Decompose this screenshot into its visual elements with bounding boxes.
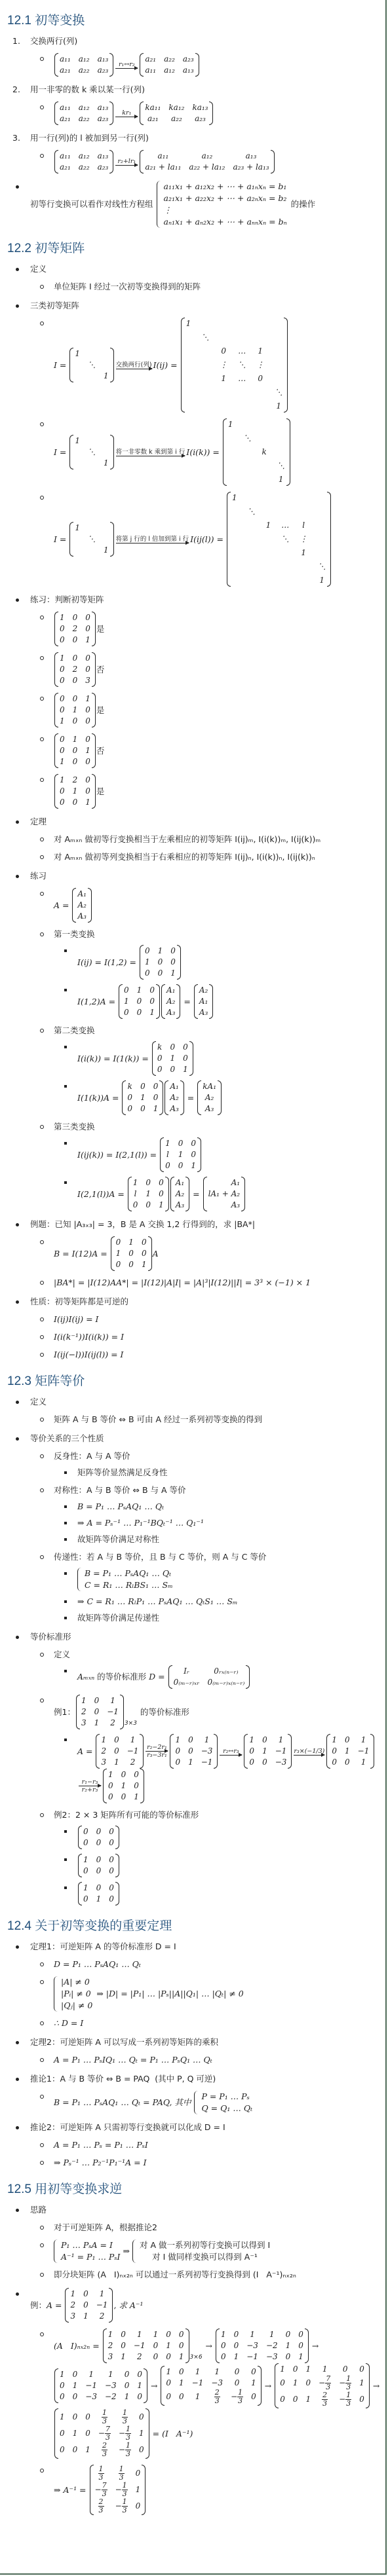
item-row: 反身性：A 与 A 等价 [54,1450,385,1462]
item-text: 等价标准形 [30,1631,71,1643]
matrix-cell: 2 [73,775,78,786]
matrix-grid: 000000 [82,1826,115,1849]
item-row: 矩阵等价显然满足反身性 [77,1467,385,1479]
matrix-cell: 1 [121,1780,126,1792]
transform-arrow: 交换两行(列) [116,361,152,369]
math-text: = [185,1092,197,1104]
bullet-icon [16,2078,19,2081]
fraction: 13 [125,2425,131,2442]
right-paren-icon [148,1236,152,1271]
matrix-cell: 0 [73,2391,78,2402]
math-text: 否 [96,664,105,676]
square-bullet-icon [64,1670,67,1672]
cases-block: B = P₁ … PₛAQ₁ … QₜC = R₁ … RₗBS₁ … Sₘ [77,1568,173,1591]
matrix-cell: a₂₃ + la₁₃ [233,162,269,173]
matrix-cell: a₂₂ [79,65,90,76]
item-row: 例题：已知 |A₃ₓ₃| = 3，B 是 A 交换 1,2 行得到的，求 |BA… [30,1219,385,1230]
matrix-cell: 1 [83,1883,88,1894]
matrix: 1⋱1 [69,522,113,557]
matrix-cell: 0 [170,957,176,968]
matrix-cell: −13 [339,2391,351,2408]
transform-arrow: r₂+lr₁ [115,158,138,166]
math-text: I = [54,359,69,371]
matrix-grid: a₁₁a₁₂a₁₃a₂₁ + la₁₁a₂₂ + la₁₂a₂₃ + la₁₃ [144,150,270,174]
matrix-cell: 3 [108,2351,113,2363]
matrix: a₂₁a₂₂a₂₃a₁₁a₁₂a₁₃ [140,53,199,77]
matrix-cell: a₁₂ [164,65,175,76]
item-text: D = P₁ … PₛAQ₁ … Qₜ [54,1959,141,1970]
case-line: a₁₁x₁ + a₁₂x₂ + ⋯ + a₁ₙxₙ = b₁ [164,181,287,193]
matrix-cell: −3 [246,2340,258,2351]
arrow-line-icon [116,543,189,543]
matrix-cell: 0 [280,2394,285,2405]
matrix-cell: 0 [235,2366,240,2378]
math-text: I(1(k))A = [77,1092,121,1104]
matrix-cell: 1 [170,968,176,979]
list-item: I(1(k))A = k00010001A₁A₂A₃ = kA₁A₂A₃ [54,1080,385,1115]
matrix: 100010 [78,1882,119,1905]
section-list: 定义单位矩阵 I 经过一次初等变换得到的矩阵三类初等矩阵I = 1⋱1交换两行(… [0,263,385,1361]
matrix-cell: 0 [83,2289,88,2300]
math-expression: 例：A = 10120−1312, 求 A⁻¹ [30,2288,385,2323]
math-expression: A = 10120−1312r₂−2r₁r₃−3r₁10100−301−1r₂↔… [77,1734,385,1803]
matrix-cell: 1 [139,2428,144,2439]
matrix-cell: −1 [275,1746,287,1757]
item-row: 性质：初等矩阵都是可逆的 [30,1296,385,1308]
math-text: I(i(k)) = I(1(k)) = [77,1053,151,1065]
matrix: k00010001 [122,1080,163,1115]
section-heading: 12.5 用初等变换求逆 [7,2179,385,2197]
math-text: ⇒ A⁻¹ = [54,2484,89,2496]
matrix-cell: ⋱ [88,359,96,371]
matrix-grid: k00010001 [126,1080,159,1115]
right-paren-icon [92,693,96,727]
matrix-cell: k [157,1042,162,1053]
left-brace-icon [132,2239,138,2263]
matrix-cell: 0 [262,1757,267,1768]
right-paren-icon [366,2363,370,2408]
matrix-cell: 0 [60,693,65,705]
matrix-cell: 3 [101,1757,106,1768]
cases-block: P = P₁ … PₛQ = Q₁ … Qₜ [194,2091,252,2114]
section-notes: 初等行变换可以看作对线性方程组a₁₁x₁ + a₁₂x₂ + ⋯ + a₁ₙxₙ… [0,181,385,228]
matrix-cell: −13 [115,2482,128,2498]
list-item: 即分块矩阵 (A I)ₙₓ₂ₙ 可以通过一系列初等行变换得到 (I A⁻¹)ₙₓ… [30,2269,385,2281]
item-row: 矩阵 A 与 B 等价 ⇔ B 可由 A 经过一系列初等变换的得到 [54,1414,385,1426]
math-expression: a₁₁a₁₂a₁₃a₂₁a₂₂a₂₃r₂+lr₁a₁₁a₁₂a₁₃a₂₁ + l… [54,150,385,174]
matrix-cell: 1 [269,2329,275,2340]
matrix-cell: ⋱ [238,359,246,371]
list-item: 100020001是 [30,612,385,646]
list-item: 练习：判断初等矩阵100020001是100020003否001010100是0… [0,594,385,809]
circle-bullet-icon [40,1699,44,1702]
math-text: 是 [96,705,105,716]
matrix-cell: −3 [211,2378,223,2389]
matrix-cell: 13 [98,2465,104,2482]
list-item: B = I(12)A = 010100001A [30,1236,385,1271]
matrix: a₁₁a₁₂a₁₃a₂₁a₂₂a₂₃ [54,53,113,77]
matrix-cell: 0 [85,623,90,635]
item-text: ⇒ A = Pₛ⁻¹ … P₁⁻¹BQₜ⁻¹ … Q₁⁻¹ [77,1517,204,1529]
matrix-cell: 1 [60,612,65,623]
matrix-cell: 0 [359,2364,364,2375]
minus-sign: − [319,2378,325,2387]
matrix-cell: 0 [149,996,155,1007]
fraction: 13 [98,2465,104,2482]
matrix-cell: 0 [286,2351,291,2363]
list-item: 定理2：可逆矩阵 A 可以写成一系列初等矩阵的乘积A = P₁ … PₛIQ₁ … [0,2036,385,2066]
right-paren-icon [176,984,180,1019]
matrix-cell: 0 [293,2394,298,2405]
matrix-cell: −13 [115,2498,128,2514]
item-row: 练习：判断初等矩阵 [30,594,385,606]
matrix-cell: 0 [109,1883,114,1894]
matrix-cell: −1 [127,1746,139,1757]
matrix-grid: 010100001 [123,984,156,1019]
matrix-cell: −1 [192,2378,204,2389]
matrix-cell: 2 [110,1718,115,1729]
math-expression: B = I(12)A = 010100001A [54,1236,385,1271]
circle-bullet-icon [40,855,44,859]
sub-list: 矩阵等价显然满足反身性 [54,1467,385,1479]
denominator: 3 [322,2400,327,2408]
sub-list: B = P₁ … PₛAQ₁ … Qₜ⇒ A = Pₛ⁻¹ … P₁⁻¹BQₜ⁻… [54,1501,385,1545]
matrix-grid: 10110020−1010312001 [107,2328,185,2363]
circle-bullet-icon [40,2143,44,2147]
transform-arrow: r₂↔r₃ [220,1748,242,1756]
matrix-cell: 0 [140,1103,145,1114]
transform-arrow: 将一非零数 k 乘到第 i 行 [116,449,185,456]
matrix-grid: 10110001−1−30100123−130 [165,2366,257,2406]
sub-list: 反身性：A 与 A 等价矩阵等价显然满足反身性对称性：A 与 B 等价 ⇔ B … [30,1450,385,1624]
sub-list: a₁₁a₁₂a₁₃a₂₁a₂₂a₂₃r₂+lr₁a₁₁a₁₂a₁₃a₂₁ + l… [30,150,385,174]
list-item: B = P₁ … PₛAQ₁ … Qₜ [54,1501,385,1513]
matrix-cell: 0 [96,1866,102,1877]
case-line: a₂₁x₁ + a₂₂x₂ + ⋯ + a₂ₙxₙ = b₂ [164,193,287,204]
list-item: I(i(k⁻¹))I(i(k)) = I [30,1331,385,1343]
matrix-cell: 0 [249,1746,254,1757]
sub-list: Aₘₓₙ 的等价标准形 D = Iᵣ0ᵣₓ₍ₙ₋ᵣ₎0₍ₘ₋ᵣ₎ₓᵣ0₍ₘ₋ᵣ₎… [54,1665,385,1689]
matrix-grid: 010001100 [58,733,92,768]
list-item: I = 1⋱1交换两行(列)I(ij) = 1⋱0…1⋮⋱⋮1…0⋱1 [30,318,385,413]
matrix-cell: 0 [234,2340,239,2351]
right-paren-icon [189,1041,193,1076]
matrix-grid: 13130−73−13123−130 [94,2465,142,2515]
math-text: = [181,996,193,1008]
item-row: 对称性：A 与 B 等价 ⇔ B 与 A 等价 [54,1484,385,1496]
square-bullet-icon [64,1046,67,1048]
matrix-cell: 0 [145,1177,151,1188]
transform-arrow: 将第 j 行的 l 倍加到第 i 行 [116,536,189,543]
matrix-cell: 0 [73,2412,78,2423]
matrix-cell: 0 [125,2369,130,2380]
matrix-cell: 0 [137,996,142,1007]
item-row: 例2：2 × 3 矩阵所有可能的等价标准形 [54,1809,385,1821]
matrix-cell: a₂₃ [195,113,206,124]
matrix-cell: ⋱ [277,460,285,471]
matrix-cell: 0 [139,2412,144,2423]
matrix-cell: 0 [114,1735,119,1746]
arrow-line-icon [145,1751,168,1752]
item-row: 第一类变换 [54,929,385,940]
matrix-cell: 1 [100,2289,105,2300]
item-text: |BA*| = |I(12)AA*| = |I(12)|A|I| = |A|³|… [54,1277,311,1289]
matrix-grid: 100l10001 [164,1137,197,1172]
matrix-cell: 2 [73,623,78,635]
list-item: (A I)ₙₓ₂ₙ = 10110020−10103120013×6 → 101… [30,2328,385,2459]
fraction: 73 [325,2375,331,2391]
matrix-cell: 0 [293,2364,298,2375]
matrix-cell: 1 [221,373,226,384]
item-row: 用一非零的数 k 乘以某一行(列) [30,84,385,96]
cases-block: a₁₁x₁ + a₁₂x₂ + ⋯ + a₁ₙxₙ = b₁a₂₁x₁ + a₂… [157,181,287,228]
math-expression: 120010001是 [54,774,385,809]
matrix-cell: 1 [305,2394,311,2405]
math-expression: 010001100否 [54,733,385,768]
case-line: ⋮ [164,204,287,216]
list-item: A = P₁ … PₛIQ₁ … Qₜ = P₁ … PₛQ₁ … Qₜ [30,2054,385,2066]
math-expression: a₁₁a₁₂a₁₃a₂₁a₂₂a₂₃r₁↔r₂a₂₁a₂₂a₂₃a₁₁a₁₂a₁… [54,53,385,77]
math-expression: 000000 [77,1826,385,1849]
matrix-cell: 0 [83,1826,88,1837]
matrix-cell: 0 [159,1177,164,1188]
matrix-cell: 0 [137,1007,142,1018]
matrix-cell: 0 [60,786,65,797]
matrix-cell: 0 [191,1149,196,1160]
matrix-cell: a₂₂ + la₁₂ [189,162,225,173]
item-row: ⇒ Pₛ⁻¹ … P₂⁻¹P₁⁻¹A = I [54,2157,385,2169]
matrix-cell: 1 [319,575,324,586]
matrix-grid: 10110001−1−30100−3−210 [58,2368,144,2403]
circle-bullet-icon [40,2226,44,2230]
matrix-cell: 1 [145,957,150,968]
item-text: 定理1：可逆矩阵 A 的等价标准形 D = I [30,1941,176,1953]
matrix-cell: A₂ [176,1188,184,1200]
matrix-cell: −13 [231,2389,243,2405]
matrix-cell: a₂₃ [183,54,194,65]
matrix-cell: 1 [116,1248,121,1259]
bullet-icon [16,1945,19,1949]
matrix-cell: −73 [319,2375,331,2391]
matrix-grid: 1⋱1…l⋱⋮1⋱1 [231,492,327,587]
math-text: = (I A⁻¹) [150,2428,193,2440]
list-item: 第二类变换I(i(k)) = I(1(k)) = k00010001I(1(k)… [30,1025,385,1115]
matrix-cell: −1 [107,1706,119,1718]
matrix-size-subscript: 3×3 [125,1718,137,1729]
left-brace-icon [54,1976,59,2012]
math-expression: Aₘₓₙ 的等价标准形 D = Iᵣ0ᵣₓ₍ₙ₋ᵣ₎0₍ₘ₋ᵣ₎ₓᵣ0₍ₘ₋ᵣ₎… [77,1665,385,1689]
matrix-cell: 1 [298,2351,303,2363]
arrow-line-icon [115,68,138,69]
item-text: 例2：2 × 3 矩阵所有可能的等价标准形 [54,1809,199,1821]
matrix-cell: 0 [188,1746,193,1757]
matrix-cell: A₂ [77,900,86,911]
fraction: 13 [122,2409,128,2425]
matrix-grid: 1⋱0…1⋮⋱⋮1…0⋱1 [185,318,284,413]
matrix-cell: 0 [73,2444,78,2456]
matrix-grid: 100000 [82,1854,115,1877]
left-brace-icon [77,1568,83,1591]
matrix: ka₁₁ka₁₂ka₁₃a₂₁a₂₂a₂₃ [140,101,213,125]
matrix-cell: 0 [175,1746,180,1757]
list-item: 反身性：A 与 A 等价矩阵等价显然满足反身性 [30,1450,385,1479]
right-paren-icon [218,1080,222,1115]
matrix-cell: a₂₁ [60,162,71,173]
matrix-cell: ka₁₃ [192,102,208,113]
matrix-cell: 0 [179,2340,184,2351]
matrix-cell: 0 [83,1866,88,1877]
matrix-cell: 0 [298,2340,303,2351]
case-line: P = P₁ … Pₛ [201,2091,252,2103]
matrix-cell: a₂₁ [60,113,71,124]
matrix-cell: 1 [322,2364,328,2375]
matrix-grid: A₁lA₁ + A₂A₃ [207,1177,241,1211]
list-item: 故矩阵等价满足传递性 [54,1612,385,1624]
item-text: 对称性：A 与 B 等价 ⇔ B 与 A 等价 [54,1484,186,1496]
matrix-cell: 0 [137,2391,142,2402]
right-paren-icon [110,522,114,557]
matrix-cell: 1 [178,1149,184,1160]
arrow-label: r₃×(−1/3) [294,1748,324,1755]
matrix-cell: 0 [221,2340,226,2351]
matrix-cell: 0 [108,1792,113,1803]
matrix-cell: Iᵣ [184,1666,189,1677]
matrix: A₂A₁A₃ [194,984,213,1019]
square-bullet-icon [64,989,67,991]
matrix-cell: a₁₃ [183,65,194,76]
matrix-cell: 1 [85,693,90,705]
bullet-icon [16,268,19,271]
matrix-cell: 0 [137,2369,142,2380]
sub-list: 对于可逆矩阵 A，根据推论2P₁ … PₛA = IA⁻¹ = P₁ … PₛI… [30,2222,385,2281]
denominator: 3 [123,2507,127,2514]
item-row: 故矩阵等价满足对称性 [77,1534,385,1545]
list-item: ⇒ C = R₁ … RₗP₁ … PₛAQ₁ … QₜS₁ … Sₘ [54,1596,385,1608]
matrix-cell: 1 [250,2329,255,2340]
matrix-cell: 0 [96,1826,102,1837]
matrix-cell: 0 [109,1837,114,1849]
circle-bullet-icon [40,2469,44,2473]
matrix-cell: 2 [101,1746,106,1757]
matrix-cell: A₃ [170,1103,178,1114]
left-brace-icon [157,181,162,228]
fraction: 23 [214,2389,220,2405]
matrix-size-subscript: 3×6 [190,2351,203,2363]
arrow-line-icon [115,165,138,166]
matrix-grid: 1⋱1 [73,522,109,557]
matrix-cell: 0 [60,797,65,808]
matrix-cell: a₂₁ [60,65,71,76]
matrix: 10101−100−3 [244,1734,292,1769]
item-row: 对 Aₘₓₙ 做初等行变换相当于左乘相应的初等矩阵 I(ij)ₘ, I(i(k)… [54,834,385,845]
matrix-cell: ⋱ [201,332,209,343]
bullet-icon [16,2292,19,2296]
right-paren-icon [258,2366,262,2406]
matrix-cell: −3 [105,2380,117,2391]
item-text: 推论1：A 与 B 等价 ⇔ B = PAQ (其中 P, Q 可逆) [30,2073,216,2085]
matrix-cell: 1 [286,2340,291,2351]
matrix: 010001100 [54,733,96,768]
arrow-label: r₁−r₃ [82,1778,98,1786]
matrix: a₁₁a₁₂a₁₃a₂₁a₂₂a₂₃ [54,101,113,125]
matrix: 101100010−73−13100123−130 [275,2363,370,2408]
matrix-cell: a₁₁ [60,102,71,113]
item-text: 反身性：A 与 A 等价 [54,1450,130,1462]
left-brace-icon [194,2091,199,2114]
item-row: B = P₁ … PₛAQ₁ … Qₜ = PAQ, 其中P = P₁ … Pₛ… [54,2091,385,2114]
circle-bullet-icon [40,1962,44,1966]
minus-sign: − [95,2485,102,2494]
denominator: 3 [346,2400,351,2408]
section-list: 思路对于可逆矩阵 A，根据推论2P₁ … PₛA = IA⁻¹ = P₁ … P… [0,2204,385,2515]
matrix-cell: a₁₂ [79,54,90,65]
list-item: 矩阵 A 与 B 等价 ⇔ B 可由 A 经过一系列初等变换的得到 [30,1414,385,1426]
matrix-cell: −1 [96,2300,108,2311]
right-paren-icon [109,150,113,174]
item-row: 即分块矩阵 (A I)ₙₓ₂ₙ 可以通过一系列初等行变换得到 (I A⁻¹)ₙₓ… [54,2269,385,2281]
square-bullet-icon [64,1471,67,1474]
matrix-grid: 10101−100−3 [248,1734,288,1769]
matrix-grid: 10120−1312 [100,1734,140,1769]
matrix-cell: 0 [153,1092,159,1103]
matrix: 10013130010−73−13100123−130 [54,2408,149,2459]
matrix-cell: 0 [85,705,90,716]
matrix-cell: 0 [235,2378,240,2389]
matrix-cell: 0 [96,1854,102,1866]
arrow-label: r₂↔r₃ [223,1748,239,1755]
matrix-cell: −1 [201,1757,213,1768]
matrix-cell: 1 [179,2351,184,2363]
matrix-cell: 0 [142,1248,147,1259]
matrix-cell: 1 [170,1053,175,1064]
matrix-cell: 1 [60,2369,65,2380]
list-number: 2. [12,84,20,96]
item-text: 故矩阵等价满足对称性 [77,1534,159,1545]
fraction: 73 [102,2482,107,2498]
item-row: 故矩阵等价满足传递性 [77,1612,385,1624]
matrix-cell: 1 [94,1718,100,1729]
matrix-cell: 1 [75,523,80,534]
square-bullet-icon [64,1538,67,1541]
matrix-cell: 0 [116,1259,121,1270]
bullet-icon [16,1223,19,1226]
matrix-cell: 1 [96,1894,102,1905]
matrix: a₁₁a₁₂a₁₃a₂₁ + la₁₁a₂₂ + la₁₂a₂₃ + la₁₃ [140,150,274,174]
circle-bullet-icon [40,2021,44,2025]
matrix-grid: A₂A₁A₃ [198,984,209,1019]
fraction: 13 [122,2482,128,2498]
matrix-cell: 1 [361,1735,366,1746]
matrix-cell: 0 [73,716,78,727]
matrix: A₁A₂A₃ [161,984,180,1019]
matrix-cell: 1 [75,435,80,447]
matrix-cell: A₁ [199,996,208,1007]
right-paren-icon [109,101,113,125]
matrix-cell: a₂₃ [98,162,109,173]
matrix-cell: 1 [60,775,65,786]
math-expression: I(ij) = I(1,2) = 010100001 [77,945,385,980]
right-paren-icon [159,1080,163,1115]
matrix-cell: 0 [121,2329,126,2340]
matrix-cell: 1 [70,2289,75,2300]
minus-sign: − [339,2395,345,2404]
matrix-cell: 1 [85,635,90,646]
section-heading: 12.2 初等矩阵 [7,238,385,256]
matrix-cell: 0 [85,653,90,664]
fraction: 23 [322,2391,328,2408]
matrix-cell: 0 [85,2428,90,2439]
right-paren-icon [156,984,160,1019]
